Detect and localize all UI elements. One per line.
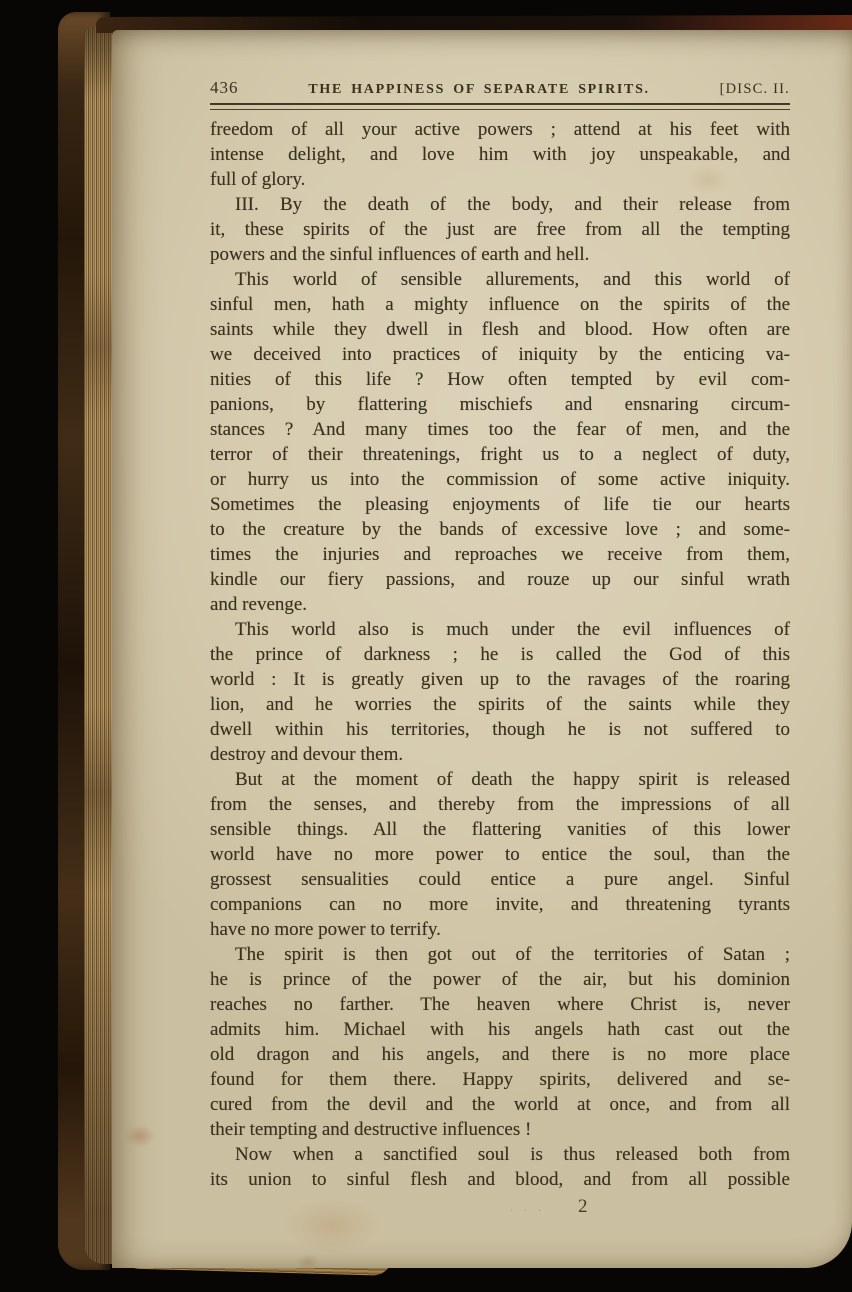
text-line: found for them there. Happy spirits, del… — [210, 1067, 790, 1092]
paragraph: Now when a sanctified soul is thus relea… — [210, 1142, 790, 1192]
paragraph: This world of sensible allurements, and … — [210, 267, 790, 617]
text-line: destroy and devour them. — [210, 742, 790, 767]
paragraph: But at the moment of death the happy spi… — [210, 767, 790, 942]
running-header: 436 THE HAPPINESS OF SEPARATE SPIRITS. [… — [210, 78, 790, 100]
text-line: stances ? And many times too the fear of… — [210, 417, 790, 442]
text-line: cured from the devil and the world at on… — [210, 1092, 790, 1117]
text-line: and revenge. — [210, 592, 790, 617]
text-line: This world also is much under the evil i… — [210, 617, 790, 642]
text-line: he is prince of the power of the air, bu… — [210, 967, 790, 992]
printed-content: 436 THE HAPPINESS OF SEPARATE SPIRITS. [… — [210, 78, 790, 1192]
text-line: from the senses, and thereby from the im… — [210, 792, 790, 817]
text-line: sensible things. All the flattering vani… — [210, 817, 790, 842]
text-line: to the creature by the bands of excessiv… — [210, 517, 790, 542]
text-line: dwell within his territories, though he … — [210, 717, 790, 742]
paragraph: The spirit is then got out of the territ… — [210, 942, 790, 1142]
text-line: terror of their threatenings, fright us … — [210, 442, 790, 467]
text-line: lion, and he worries the spirits of the … — [210, 692, 790, 717]
page-body: freedom of all your active powers ; atte… — [210, 117, 790, 1192]
paragraph: freedom of all your active powers ; atte… — [210, 117, 790, 192]
book-page: 436 THE HAPPINESS OF SEPARATE SPIRITS. [… — [112, 30, 852, 1268]
text-line: Sometimes the pleasing enjoyments of lif… — [210, 492, 790, 517]
text-line: intense delight, and love him with joy u… — [210, 142, 790, 167]
text-line: III. By the death of the body, and their… — [210, 192, 790, 217]
text-line: their tempting and destructive influence… — [210, 1117, 790, 1142]
text-line: we deceived into practices of iniquity b… — [210, 342, 790, 367]
running-title: THE HAPPINESS OF SEPARATE SPIRITS. — [308, 82, 649, 98]
text-line: it, these spirits of the just are free f… — [210, 217, 790, 242]
discourse-marker: [DISC. II. — [720, 81, 790, 98]
text-line: The spirit is then got out of the territ… — [210, 942, 790, 967]
text-line: times the injuries and reproaches we rec… — [210, 542, 790, 567]
double-rule — [210, 103, 790, 110]
text-line: sinful men, hath a mighty influence on t… — [210, 292, 790, 317]
text-line: companions can no more invite, and threa… — [210, 892, 790, 917]
text-line: the prince of darkness ; he is called th… — [210, 642, 790, 667]
text-line: reaches no farther. The heaven where Chr… — [210, 992, 790, 1017]
text-line: panions, by flattering mischiefs and ens… — [210, 392, 790, 417]
text-line: world have no more power to entice the s… — [210, 842, 790, 867]
text-line: its union to sinful flesh and blood, and… — [210, 1167, 790, 1192]
text-line: powers and the sinful influences of eart… — [210, 242, 790, 267]
signature-mark: 2 — [578, 1196, 588, 1218]
text-line: old dragon and his angels, and there is … — [210, 1042, 790, 1067]
text-line: nities of this life ? How often tempted … — [210, 367, 790, 392]
text-line: admits him. Michael with his angels hath… — [210, 1017, 790, 1042]
text-line: grossest sensualities could entice a pur… — [210, 867, 790, 892]
text-line: Now when a sanctified soul is thus relea… — [210, 1142, 790, 1167]
page-number: 436 — [210, 78, 239, 98]
text-line: have no more power to terrify. — [210, 917, 790, 942]
text-line: world : It is greatly given up to the ra… — [210, 667, 790, 692]
text-line: or hurry us into the commission of some … — [210, 467, 790, 492]
text-line: freedom of all your active powers ; atte… — [210, 117, 790, 142]
paragraph: This world also is much under the evil i… — [210, 617, 790, 767]
text-line: This world of sensible allurements, and … — [210, 267, 790, 292]
text-line: kindle our fiery passions, and rouze up … — [210, 567, 790, 592]
bleedthrough-marks: . . . — [510, 1200, 570, 1214]
text-line: saints while they dwell in flesh and blo… — [210, 317, 790, 342]
text-line: full of glory. — [210, 167, 790, 192]
paragraph: III. By the death of the body, and their… — [210, 192, 790, 267]
book-scan-scene: 436 THE HAPPINESS OF SEPARATE SPIRITS. [… — [0, 0, 852, 1292]
text-line: But at the moment of death the happy spi… — [210, 767, 790, 792]
